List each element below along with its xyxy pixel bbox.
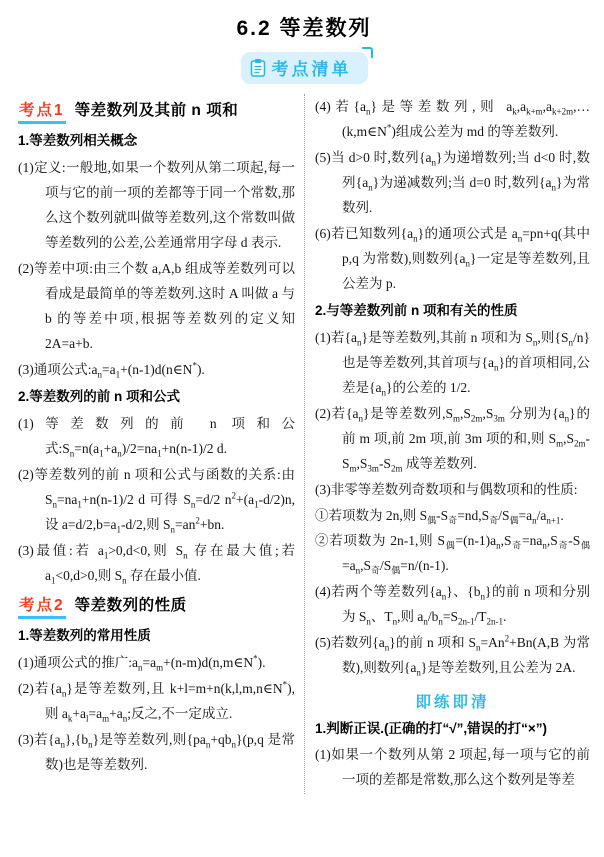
sub-paragraph: ②若项数为 2n-1,则 S偶=(n-1)an,S奇=nan,S奇-S偶=an,… bbox=[315, 529, 590, 579]
content-paragraph: (5)当 d>0 时,数列{an}为递增数列;当 d<0 时,数列{an}为递减… bbox=[315, 146, 590, 221]
page-title: 6.2 等差数列 bbox=[18, 12, 590, 42]
badge-corner-fold bbox=[362, 47, 373, 58]
kaodian-tag: 考点2 bbox=[18, 596, 66, 619]
kaodian-title: 等差数列的性质 bbox=[75, 597, 187, 614]
textbook-page: 6.2 等差数列 考点清单 考点1等差数列及其前 n 项和1.等差数列相关概念(… bbox=[0, 0, 604, 857]
badge-row: 考点清单 bbox=[18, 52, 590, 84]
content-paragraph: (3)通项公式:an=a1+(n-1)d(n∈N*). bbox=[18, 358, 295, 383]
content-paragraph: (6)若已知数列{an}的通项公式是 an=pn+q(其中 p,q 为常数),则… bbox=[315, 222, 590, 297]
exercise-line: 1.判断正误.(正确的打“√”,错误的打“×”) bbox=[315, 717, 590, 742]
subheading: 1.等差数列相关概念 bbox=[18, 129, 295, 154]
content-paragraph: (1)定义:一般地,如果一个数列从第二项起,每一项与它的前一项的差都等于同一个常… bbox=[18, 156, 295, 256]
content-paragraph: (1)等差数列的前 n 项和公式:Sn=n(a1+an)/2=na1+n(n-1… bbox=[18, 412, 295, 462]
content-paragraph: (2)若{an}是等差数列,且 k+l=m+n(k,l,m,n∈N*),则 ak… bbox=[18, 677, 295, 727]
right-column: (4)若{an}是等差数列,则 ak,ak+m,ak+2m,…(k,m∈N*)组… bbox=[305, 94, 590, 794]
content-paragraph: (4)若两个等差数列{an}、{bn}的前 n 项和分别为 Sn、Tn,则 an… bbox=[315, 580, 590, 630]
content-paragraph: (5)若数列{an}的前 n 项和 Sn=An2+Bn(A,B 为常数),则数列… bbox=[315, 631, 590, 681]
kaodian-title: 等差数列及其前 n 项和 bbox=[75, 102, 239, 119]
subheading: 1.等差数列的常用性质 bbox=[18, 624, 295, 649]
content-paragraph: (1)如果一个数列从第 2 项起,每一项与它的前一项的差都是常数,那么这个数列是… bbox=[315, 743, 590, 793]
content-paragraph: (2)等差数列的前 n 项和公式与函数的关系:由 Sn=na1+n(n-1)/2… bbox=[18, 463, 295, 538]
badge-label: 考点清单 bbox=[272, 55, 352, 80]
practice-heading: 即练即清 bbox=[315, 690, 590, 712]
sub-paragraph: ①若项数为 2n,则 S偶-S奇=nd,S奇/S偶=an/an+1. bbox=[315, 504, 590, 529]
content-paragraph: (1)通项公式的推广:an=am+(n-m)d(n,m∈N*). bbox=[18, 651, 295, 676]
content-paragraph: (3)最值:若 a1>0,d<0,则 Sn 存在最大值;若 a1<0,d>0,则… bbox=[18, 539, 295, 589]
content-paragraph: (4)若{an}是等差数列,则 ak,ak+m,ak+2m,…(k,m∈N*)组… bbox=[315, 95, 590, 145]
subheading: 2.与等差数列前 n 项和有关的性质 bbox=[315, 299, 590, 324]
content-paragraph: (2)等差中项:由三个数 a,A,b 组成等差数列可以看成是最简单的等差数列.这… bbox=[18, 257, 295, 357]
clipboard-icon bbox=[250, 58, 266, 77]
kaodian-header: 考点1等差数列及其前 n 项和 bbox=[18, 98, 295, 124]
kaodian-header: 考点2等差数列的性质 bbox=[18, 593, 295, 619]
section-badge: 考点清单 bbox=[241, 52, 368, 84]
content-paragraph: (2)若{an}是等差数列,Sm,S2m,S3m 分别为{an}的前 m 项,前… bbox=[315, 402, 590, 477]
kaodian-tag: 考点1 bbox=[18, 101, 66, 124]
content-paragraph: (3)非零等差数列奇数项和与偶数项和的性质: bbox=[315, 478, 590, 503]
left-column: 考点1等差数列及其前 n 项和1.等差数列相关概念(1)定义:一般地,如果一个数… bbox=[18, 94, 304, 794]
subheading: 2.等差数列的前 n 项和公式 bbox=[18, 385, 295, 410]
content-paragraph: (3)若{an},{bn}是等差数列,则{pan+qbn}(p,q 是常数)也是… bbox=[18, 728, 295, 778]
two-column-body: 考点1等差数列及其前 n 项和1.等差数列相关概念(1)定义:一般地,如果一个数… bbox=[18, 94, 590, 794]
content-paragraph: (1)若{an}是等差数列,其前 n 项和为 Sn,则{Sn/n}也是等差数列,… bbox=[315, 326, 590, 401]
